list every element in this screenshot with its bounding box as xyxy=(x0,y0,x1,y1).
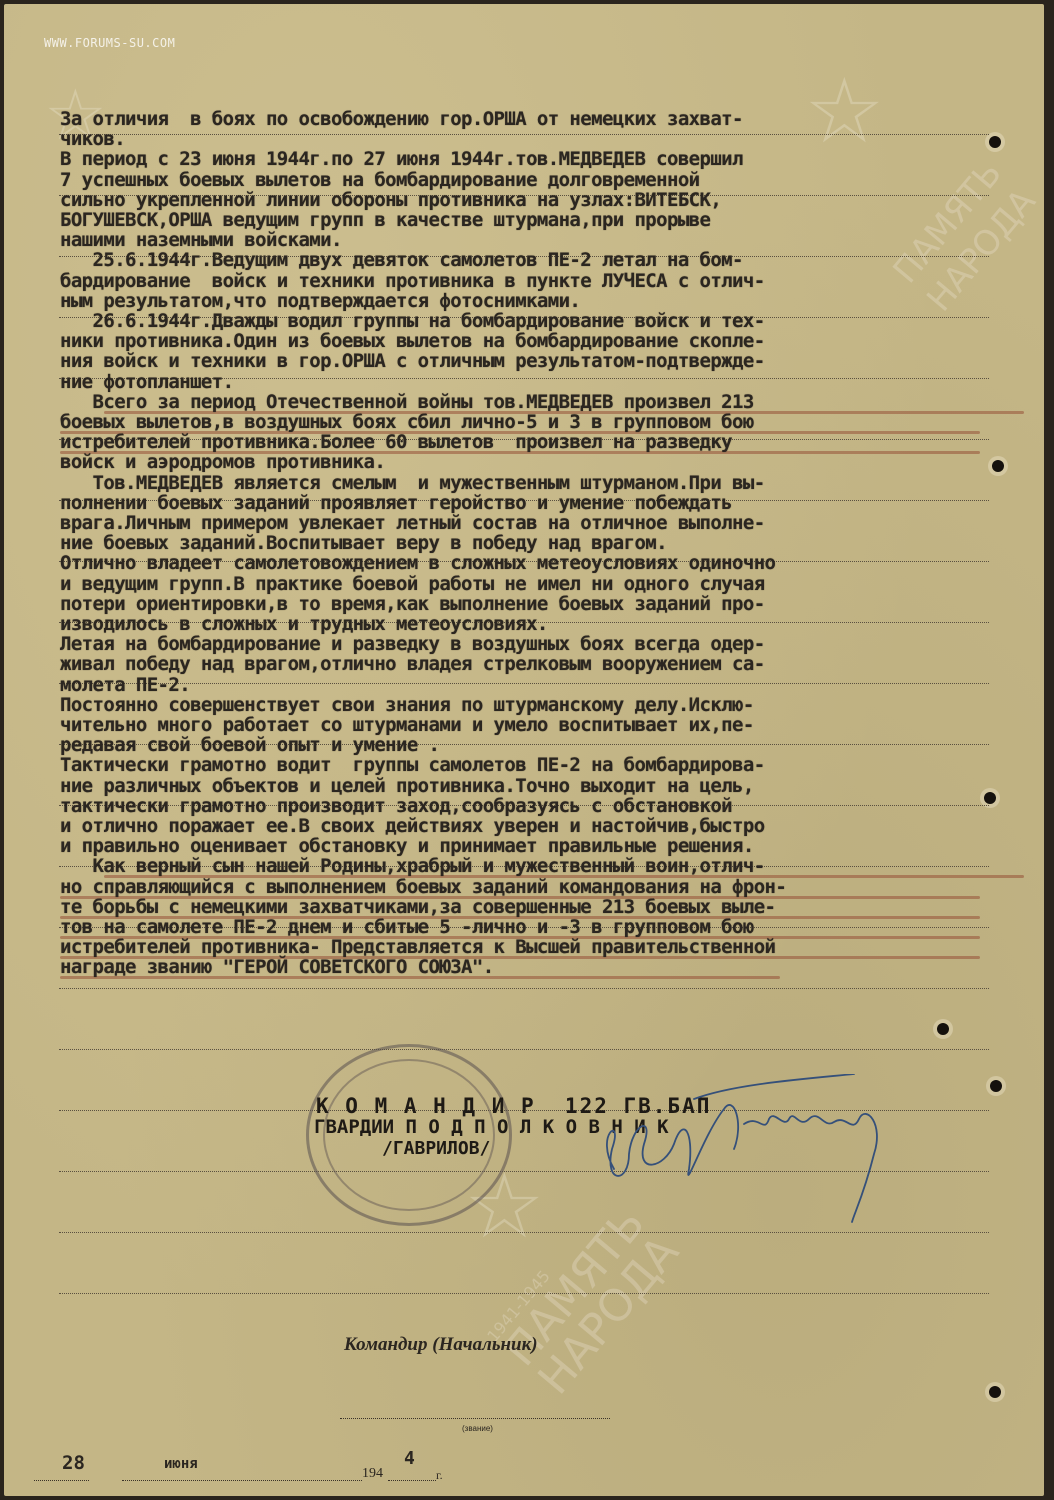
punch-hole xyxy=(990,1080,1002,1092)
text-line: ники противника.Один из боевых вылетов н… xyxy=(60,330,765,352)
text-line: молета ПЕ-2. xyxy=(60,674,190,696)
text-line: В период с 23 июня 1944г.по 27 июня 1944… xyxy=(60,148,743,170)
punch-hole xyxy=(992,460,1004,472)
rank-line xyxy=(340,1418,610,1419)
text-line: Постоянно совершенствует свои знания по … xyxy=(60,694,754,716)
ruled-line xyxy=(59,683,989,684)
month-line xyxy=(122,1480,362,1481)
document-page: WWW.FORUMS-SU.COM ☆ ☆ ☆ ПАМЯТЬ НАРОДА 19… xyxy=(4,4,1044,1496)
text-line: Как верный сын нашей Родины,храбрый и му… xyxy=(60,855,765,877)
text-line: истребителей противника.Более 60 вылетов… xyxy=(60,431,732,453)
text-line: награде званию "ГЕРОЙ СОВЕТСКОГО СОЮЗА". xyxy=(60,956,494,978)
punch-hole xyxy=(989,1386,1001,1398)
text-line: полнении боевых заданий проявляет геройс… xyxy=(60,492,732,514)
text-line: 26.6.1944г.Дважды водил группы на бомбар… xyxy=(60,310,765,332)
text-line: Тов.МЕДВЕДЕВ является смелым и мужествен… xyxy=(60,472,765,494)
text-line: 7 успешных боевых вылетов на бомбардиров… xyxy=(60,169,700,191)
punch-hole xyxy=(984,792,996,804)
archive-watermark: ПАМЯТЬ НАРОДА xyxy=(884,152,1045,320)
date-month: июня xyxy=(164,1456,198,1472)
text-line: врага.Личным примером увлекает летный со… xyxy=(60,512,765,534)
text-line: тактически грамотно производит заход,соо… xyxy=(60,795,732,817)
day-line xyxy=(34,1480,89,1481)
text-line: ние различных объектов и целей противник… xyxy=(60,775,754,797)
text-line: живал победу над врагом,отлично владея с… xyxy=(60,653,765,675)
text-line: истребителей противника- Представляется … xyxy=(60,936,775,958)
text-line: редавая свой боевой опыт и умение . xyxy=(60,734,439,756)
date-day: 28 xyxy=(62,1452,85,1474)
text-line: За отличия в боях по освобождению гор.ОР… xyxy=(60,108,743,130)
text-line: Летая на бомбардирование и разведку в во… xyxy=(60,633,765,655)
ruled-line xyxy=(59,134,989,135)
site-watermark: WWW.FORUMS-SU.COM xyxy=(44,36,175,50)
star-watermark-icon: ☆ xyxy=(804,59,885,164)
text-line: тов на самолете ПЕ-2 днем и сбитые 5 -ли… xyxy=(60,916,754,938)
date-year-suffix: г. xyxy=(436,1468,443,1483)
text-line: бардирование войск и техники противника … xyxy=(60,270,765,292)
text-line: ния войск и техники в гор.ОРША с отличны… xyxy=(60,350,765,372)
text-line: изводилось в сложных и трудных метеоусло… xyxy=(60,613,548,635)
ruled-line xyxy=(59,988,989,989)
text-line: БОГУШЕВСК,ОРША ведущим групп в качестве … xyxy=(60,209,710,231)
text-line: те борьбы с немецкими захватчиками,за со… xyxy=(60,896,775,918)
text-line: ние фотопланшет. xyxy=(60,371,233,393)
punch-hole xyxy=(937,1023,949,1035)
punch-hole xyxy=(989,136,1001,148)
text-line: нашими наземными войсками. xyxy=(60,229,342,251)
text-line: чительно много работает со штурманами и … xyxy=(60,714,754,736)
ruled-line xyxy=(59,1232,989,1233)
text-line: ние боевых заданий.Воспитывает веру в по… xyxy=(60,532,667,554)
text-line: потери ориентировки,в то время,как выпол… xyxy=(60,593,765,615)
ruled-line xyxy=(59,1293,989,1294)
text-line: Всего за период Отечественной войны тов.… xyxy=(60,391,754,413)
date-year-digit: 4 xyxy=(404,1448,415,1469)
text-line: и правильно оценивает обстановку и прини… xyxy=(60,835,754,857)
text-line: боевых вылетов,в воздушных боях сбил лич… xyxy=(60,411,754,433)
text-line: ным результатом,что подтверждается фотос… xyxy=(60,290,580,312)
text-line: Тактически грамотно водит группы самолет… xyxy=(60,754,765,776)
text-line: и отлично поражает ее.В своих действиях … xyxy=(60,815,765,837)
commander-label: Командир (Начальник) xyxy=(344,1334,538,1356)
date-year-prefix: 194 xyxy=(362,1466,383,1482)
text-line: и ведущим групп.В практике боевой работы… xyxy=(60,573,765,595)
text-line: сильно укрепленной линии обороны противн… xyxy=(60,189,721,211)
year-line xyxy=(388,1480,436,1481)
commander-name: /ГАВРИЛОВ/ xyxy=(382,1138,490,1159)
text-line: Отлично владеет самолетовождением в слож… xyxy=(60,552,775,574)
text-line: но справляющийся с выполнением боевых за… xyxy=(60,876,786,898)
text-line: чиков. xyxy=(60,128,125,150)
text-line: 25.6.1944г.Ведущим двух девяток самолето… xyxy=(60,249,743,271)
rank-caption: (звание) xyxy=(462,1424,493,1433)
text-line: войск и аэродромов противника. xyxy=(60,451,385,473)
ruled-line xyxy=(59,1049,989,1050)
